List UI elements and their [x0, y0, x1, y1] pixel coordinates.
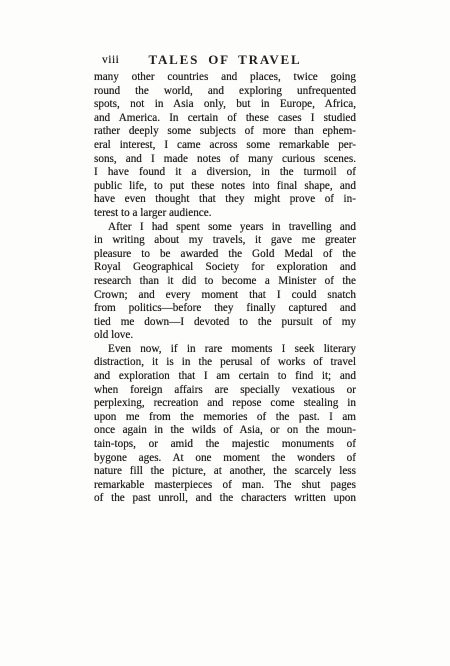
- text-line: Even now, if in rare moments I seek lite…: [94, 343, 356, 357]
- text-line: distraction, it is in the perusal of wor…: [94, 356, 356, 370]
- text-line: of the past unroll, and the characters w…: [94, 492, 356, 506]
- text-line: eral interest, I came across some remark…: [94, 139, 356, 153]
- text-line: tied me down—I devoted to the pursuit of…: [94, 316, 356, 330]
- text-line: from politics—before they finally captur…: [94, 302, 356, 316]
- text-line: After I had spent some years in travelli…: [94, 221, 356, 235]
- text-line: and America. In certain of these cases I…: [94, 112, 356, 126]
- text-line: when foreign affairs are specially vexat…: [94, 384, 356, 398]
- text-line: have even thought that they might prove …: [94, 193, 356, 207]
- running-head: viii TALES OF TRAVEL: [94, 52, 356, 68]
- text-line: rather deeply some subjects of more than…: [94, 125, 356, 139]
- text-line: and exploration that I am certain to fin…: [94, 370, 356, 384]
- text-line: upon me from the memories of the past. I…: [94, 411, 356, 425]
- text-line: terest to a larger audience.: [94, 207, 356, 221]
- text-line: in writing about my travels, it gave me …: [94, 234, 356, 248]
- text-line: Crown; and every moment that I could sna…: [94, 289, 356, 303]
- text-line: many other countries and places, twice g…: [94, 71, 356, 85]
- text-line: I have found it a diversion, in the turm…: [94, 166, 356, 180]
- text-line: pleasure to be awarded the Gold Medal of…: [94, 248, 356, 262]
- text-line: public life, to put these notes into fin…: [94, 180, 356, 194]
- text-line: nature fill the picture, at another, the…: [94, 465, 356, 479]
- text-line: old love.: [94, 329, 356, 343]
- text-line: remarkable masterpieces of man. The shut…: [94, 479, 356, 493]
- text-line: bygone ages. At one moment the wonders o…: [94, 452, 356, 466]
- text-line: Royal Geographical Society for explorati…: [94, 261, 356, 275]
- text-line: round the world, and exploring unfrequen…: [94, 85, 356, 99]
- book-page: viii TALES OF TRAVEL many other countrie…: [0, 0, 450, 666]
- running-title: TALES OF TRAVEL: [94, 52, 356, 68]
- text-line: research than it did to become a Ministe…: [94, 275, 356, 289]
- text-line: perplexing, recreation and repose come s…: [94, 397, 356, 411]
- text-line: sons, and I made notes of many curious s…: [94, 153, 356, 167]
- text-line: once again in the wilds of Asia, or on t…: [94, 424, 356, 438]
- text-line: tain-tops, or amid the majestic monument…: [94, 438, 356, 452]
- text-line: spots, not in Asia only, but in Europe, …: [94, 98, 356, 112]
- text-block: many other countries and places, twice g…: [94, 71, 356, 506]
